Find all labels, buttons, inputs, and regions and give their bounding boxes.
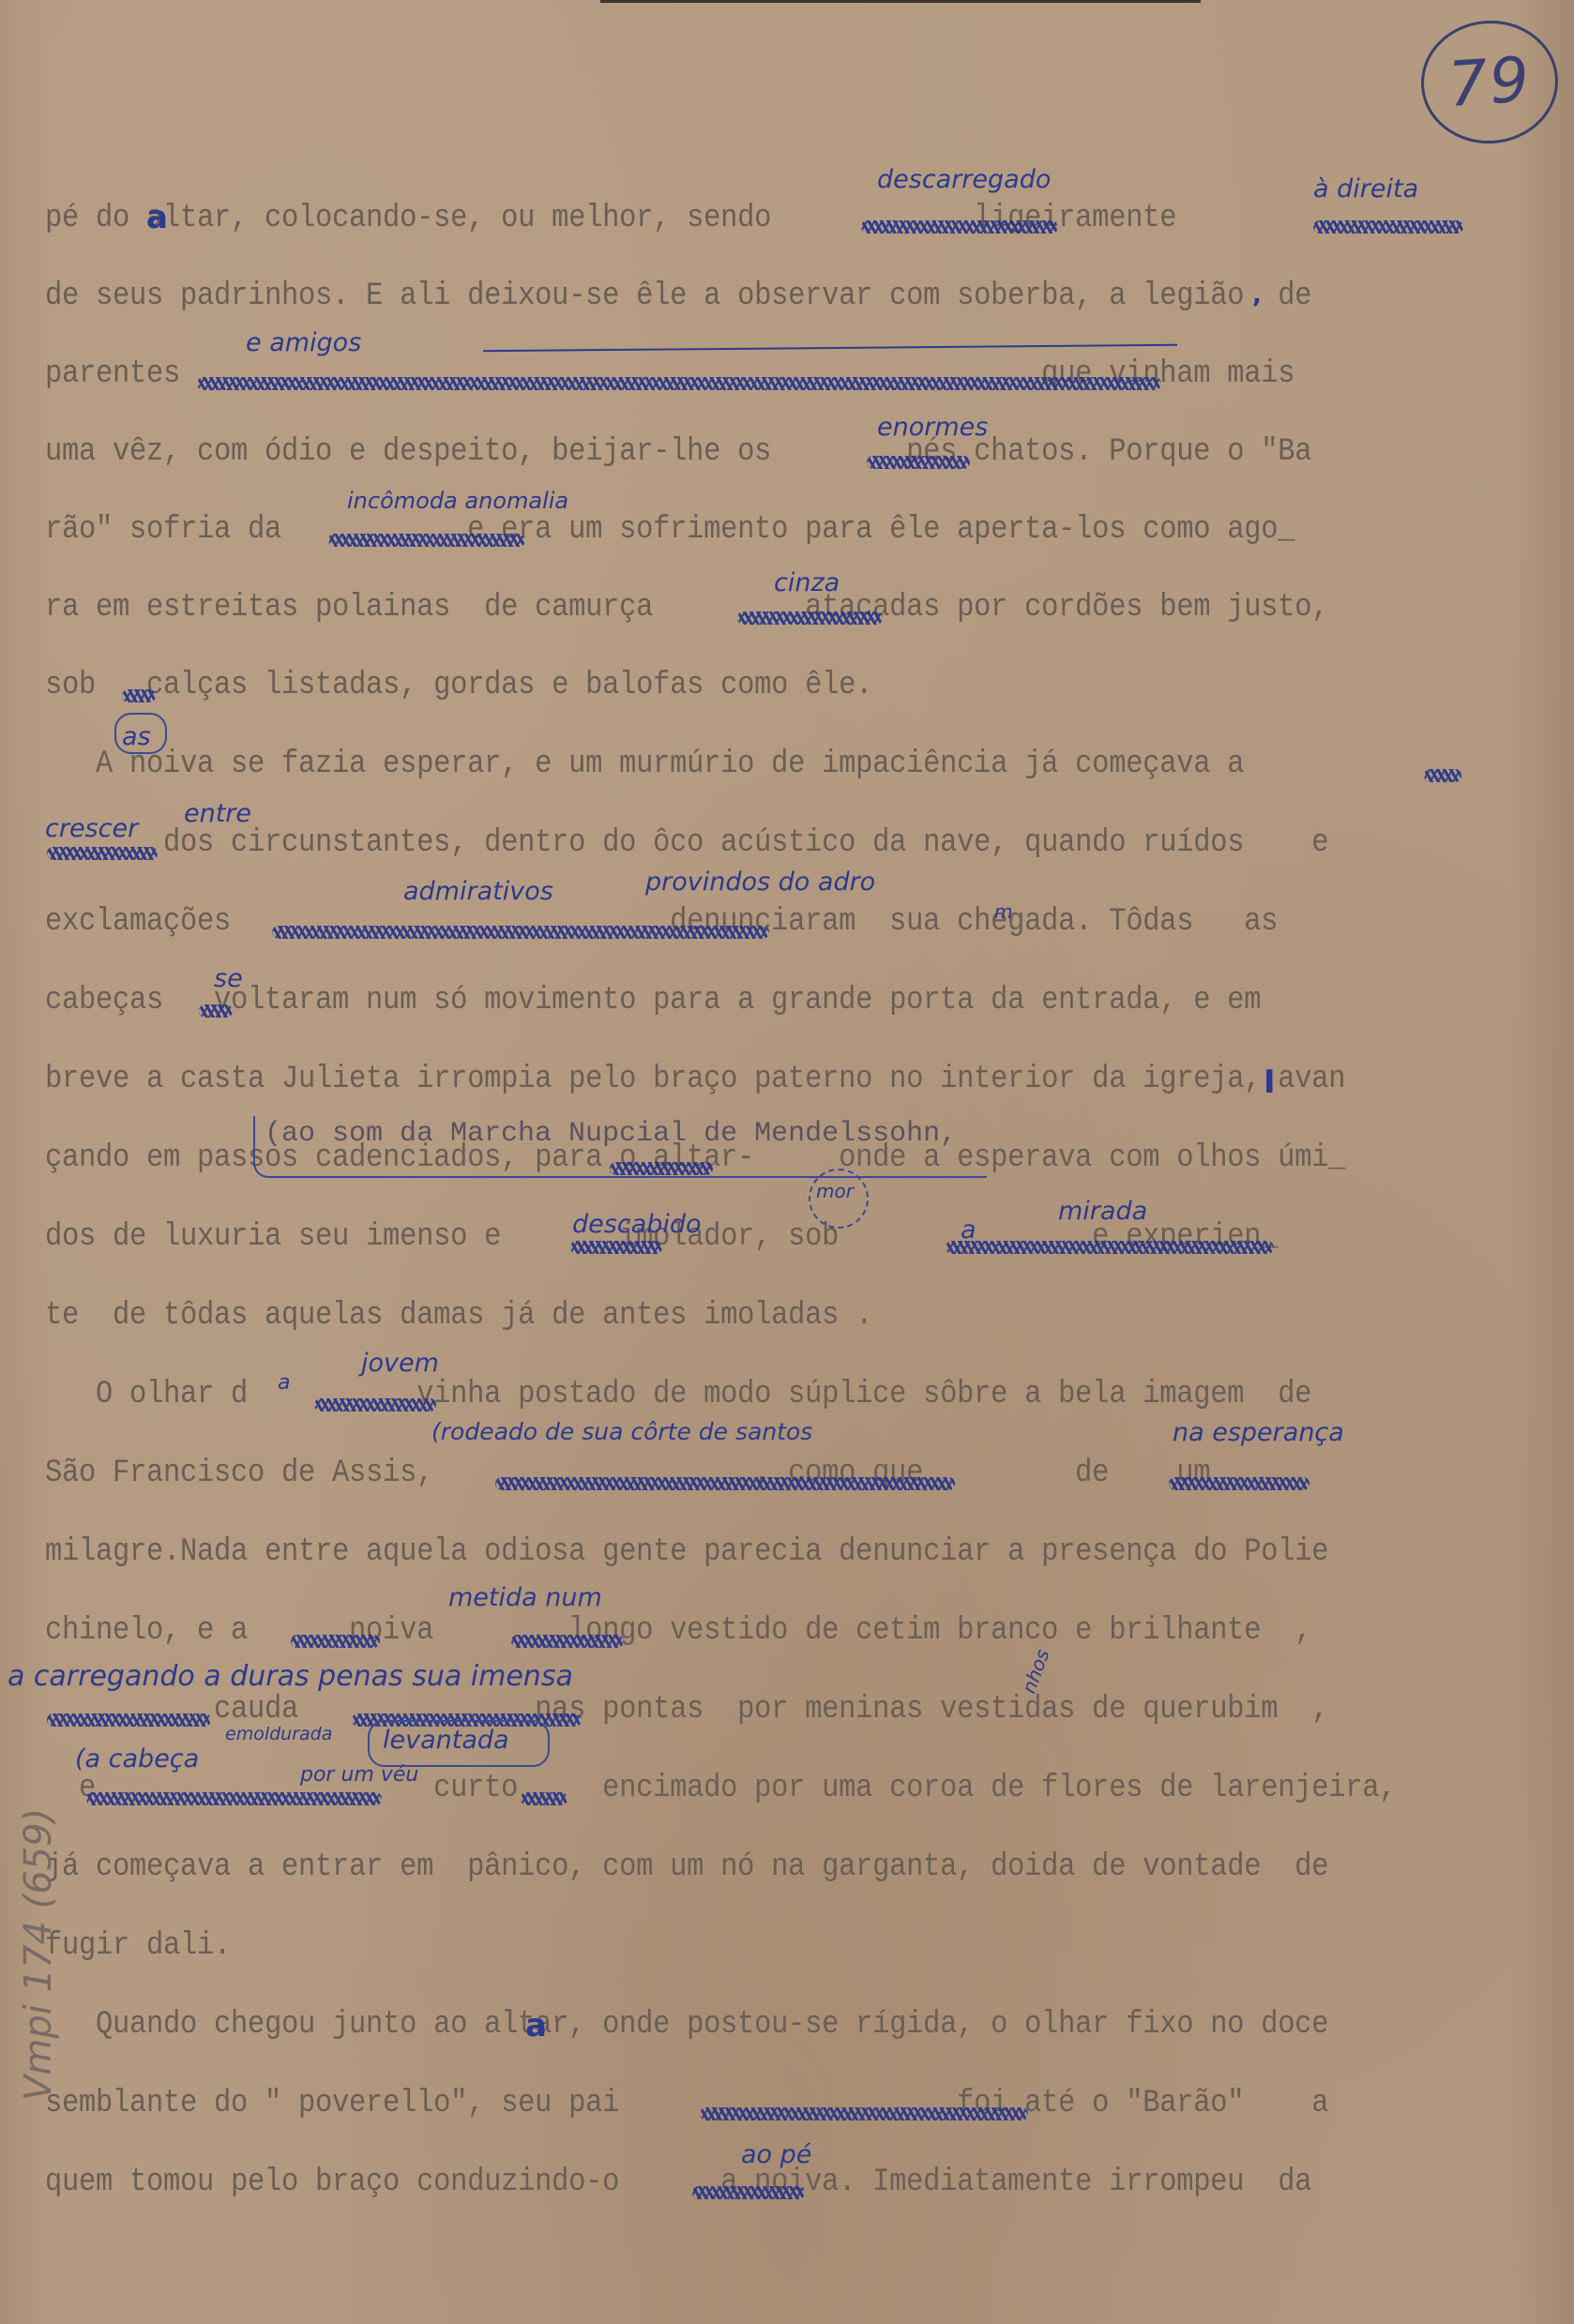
typed-line-8: A noiva se fazia esperar, e um murmúrio … [45, 747, 1244, 782]
strikeout [1424, 769, 1461, 782]
typed-line-18: milagre.Nada entre aquela odiosa gente p… [45, 1534, 1328, 1570]
insertion: (a cabeça [75, 1744, 199, 1773]
insertion: entre [184, 799, 251, 828]
strikeout [570, 1241, 662, 1254]
typed-line-4: uma vêz, com ódio e despeito, beijar-lhe… [45, 434, 1311, 470]
typed-line-26: quem tomou pelo braço conduzindo-o a noi… [45, 2165, 1311, 2200]
insertion: e amigos [246, 328, 361, 357]
insertion: provindos do adro [645, 868, 875, 897]
strikeout [692, 2186, 805, 2199]
insertion-bracket [253, 1116, 987, 1178]
strikeout [1313, 220, 1463, 234]
typed-line-22: já começava a entrar em pânico, com um n… [45, 1849, 1328, 1885]
insertion: crescer [45, 814, 138, 843]
insertion: cinza [774, 568, 840, 597]
insertion: incômoda anomalia [347, 488, 568, 514]
typed-line-2: de seus padrinhos. E ali deixou-se êle a… [45, 279, 1311, 314]
circled-insertion [809, 1169, 869, 1229]
strikeout [122, 689, 156, 702]
insertion: à direita [1313, 174, 1418, 204]
typed-line-24: Quando chegou junto ao altar, onde posto… [45, 2007, 1328, 2043]
strikeout [314, 1398, 436, 1411]
strikeout [291, 1635, 380, 1648]
typed-line-7: sob calças listadas, gordas e balofas co… [45, 668, 872, 703]
insertion: enormes [877, 413, 988, 442]
insertion: nhos [1018, 1646, 1054, 1696]
insertion: mirada [1058, 1197, 1147, 1226]
comma-mark: , [1252, 281, 1262, 309]
strikeout [737, 611, 883, 625]
scan-top-edge [600, 0, 1201, 3]
strikeout [272, 926, 769, 939]
insertion: metida num [448, 1583, 602, 1612]
insertion: a carregando a duras penas sua imensa [8, 1660, 573, 1693]
strikeout [197, 377, 1161, 390]
typed-line-19: chinelo, e a noiva longo vestido de ceti… [45, 1613, 1311, 1649]
strikeout [328, 534, 525, 547]
page-number: 79 [1445, 43, 1533, 121]
circled-insertion [368, 1720, 550, 1767]
typed-line-16: O olhar d vinha postado de modo súplice … [45, 1377, 1311, 1412]
strikeout [946, 1241, 1274, 1254]
strikeout [861, 220, 1058, 234]
circled-insertion [114, 713, 167, 754]
typed-line-9: dos circunstantes, dentro do ôco acústic… [45, 825, 1328, 861]
typed-line-12: breve a casta Julieta irrompia pelo braç… [45, 1062, 1345, 1097]
insertion: se [214, 964, 243, 993]
strikeout [1169, 1477, 1309, 1490]
strikeout [511, 1635, 624, 1648]
strikeout [521, 1792, 568, 1805]
insertion: descarregado [877, 165, 1051, 194]
insertion-arrow-line [483, 344, 1177, 352]
typed-line-15: te de tôdas aquelas damas já de antes im… [45, 1298, 872, 1334]
insertion: ao pé [741, 2140, 811, 2169]
typed-line-5: rão" sofria da e era um sofrimento para … [45, 512, 1294, 548]
strikeout [867, 456, 970, 469]
typed-line-6: ra em estreitas polainas de camurça atac… [45, 590, 1328, 626]
insertion: a [961, 1215, 976, 1245]
letter-a-correction: a [525, 2007, 547, 2045]
strikeout [700, 2107, 1028, 2120]
insertion: jovem [361, 1349, 439, 1378]
margin-catalog-note: Vmpi 174 (659) [17, 1808, 60, 2101]
strikeout [199, 1004, 233, 1018]
insertion: (rodeado de sua côrte de santos [431, 1418, 812, 1445]
strikeout [495, 1477, 955, 1490]
capital-I-correction: I [1264, 1064, 1276, 1101]
strikeout [47, 1713, 211, 1727]
insertion: na esperança [1173, 1418, 1344, 1447]
strikeout [47, 847, 158, 860]
strikeout [86, 1792, 382, 1805]
insertion: descabido [572, 1210, 702, 1239]
page-number-circle: 79 [1417, 16, 1563, 148]
insertion: m [994, 900, 1012, 923]
insertion: admirativos [403, 877, 553, 906]
letter-a-correction: a [146, 199, 168, 236]
typed-line-25: semblante do " poverello", seu pai foi a… [45, 2086, 1328, 2121]
typed-line-20: cauda nas pontas por meninas vestidas de… [45, 1692, 1328, 1728]
typed-line-23: fugir dali. [45, 1928, 231, 1964]
insertion: por um véu [300, 1763, 418, 1787]
insertion: a [278, 1371, 290, 1395]
insertion: emoldurada [225, 1724, 332, 1744]
